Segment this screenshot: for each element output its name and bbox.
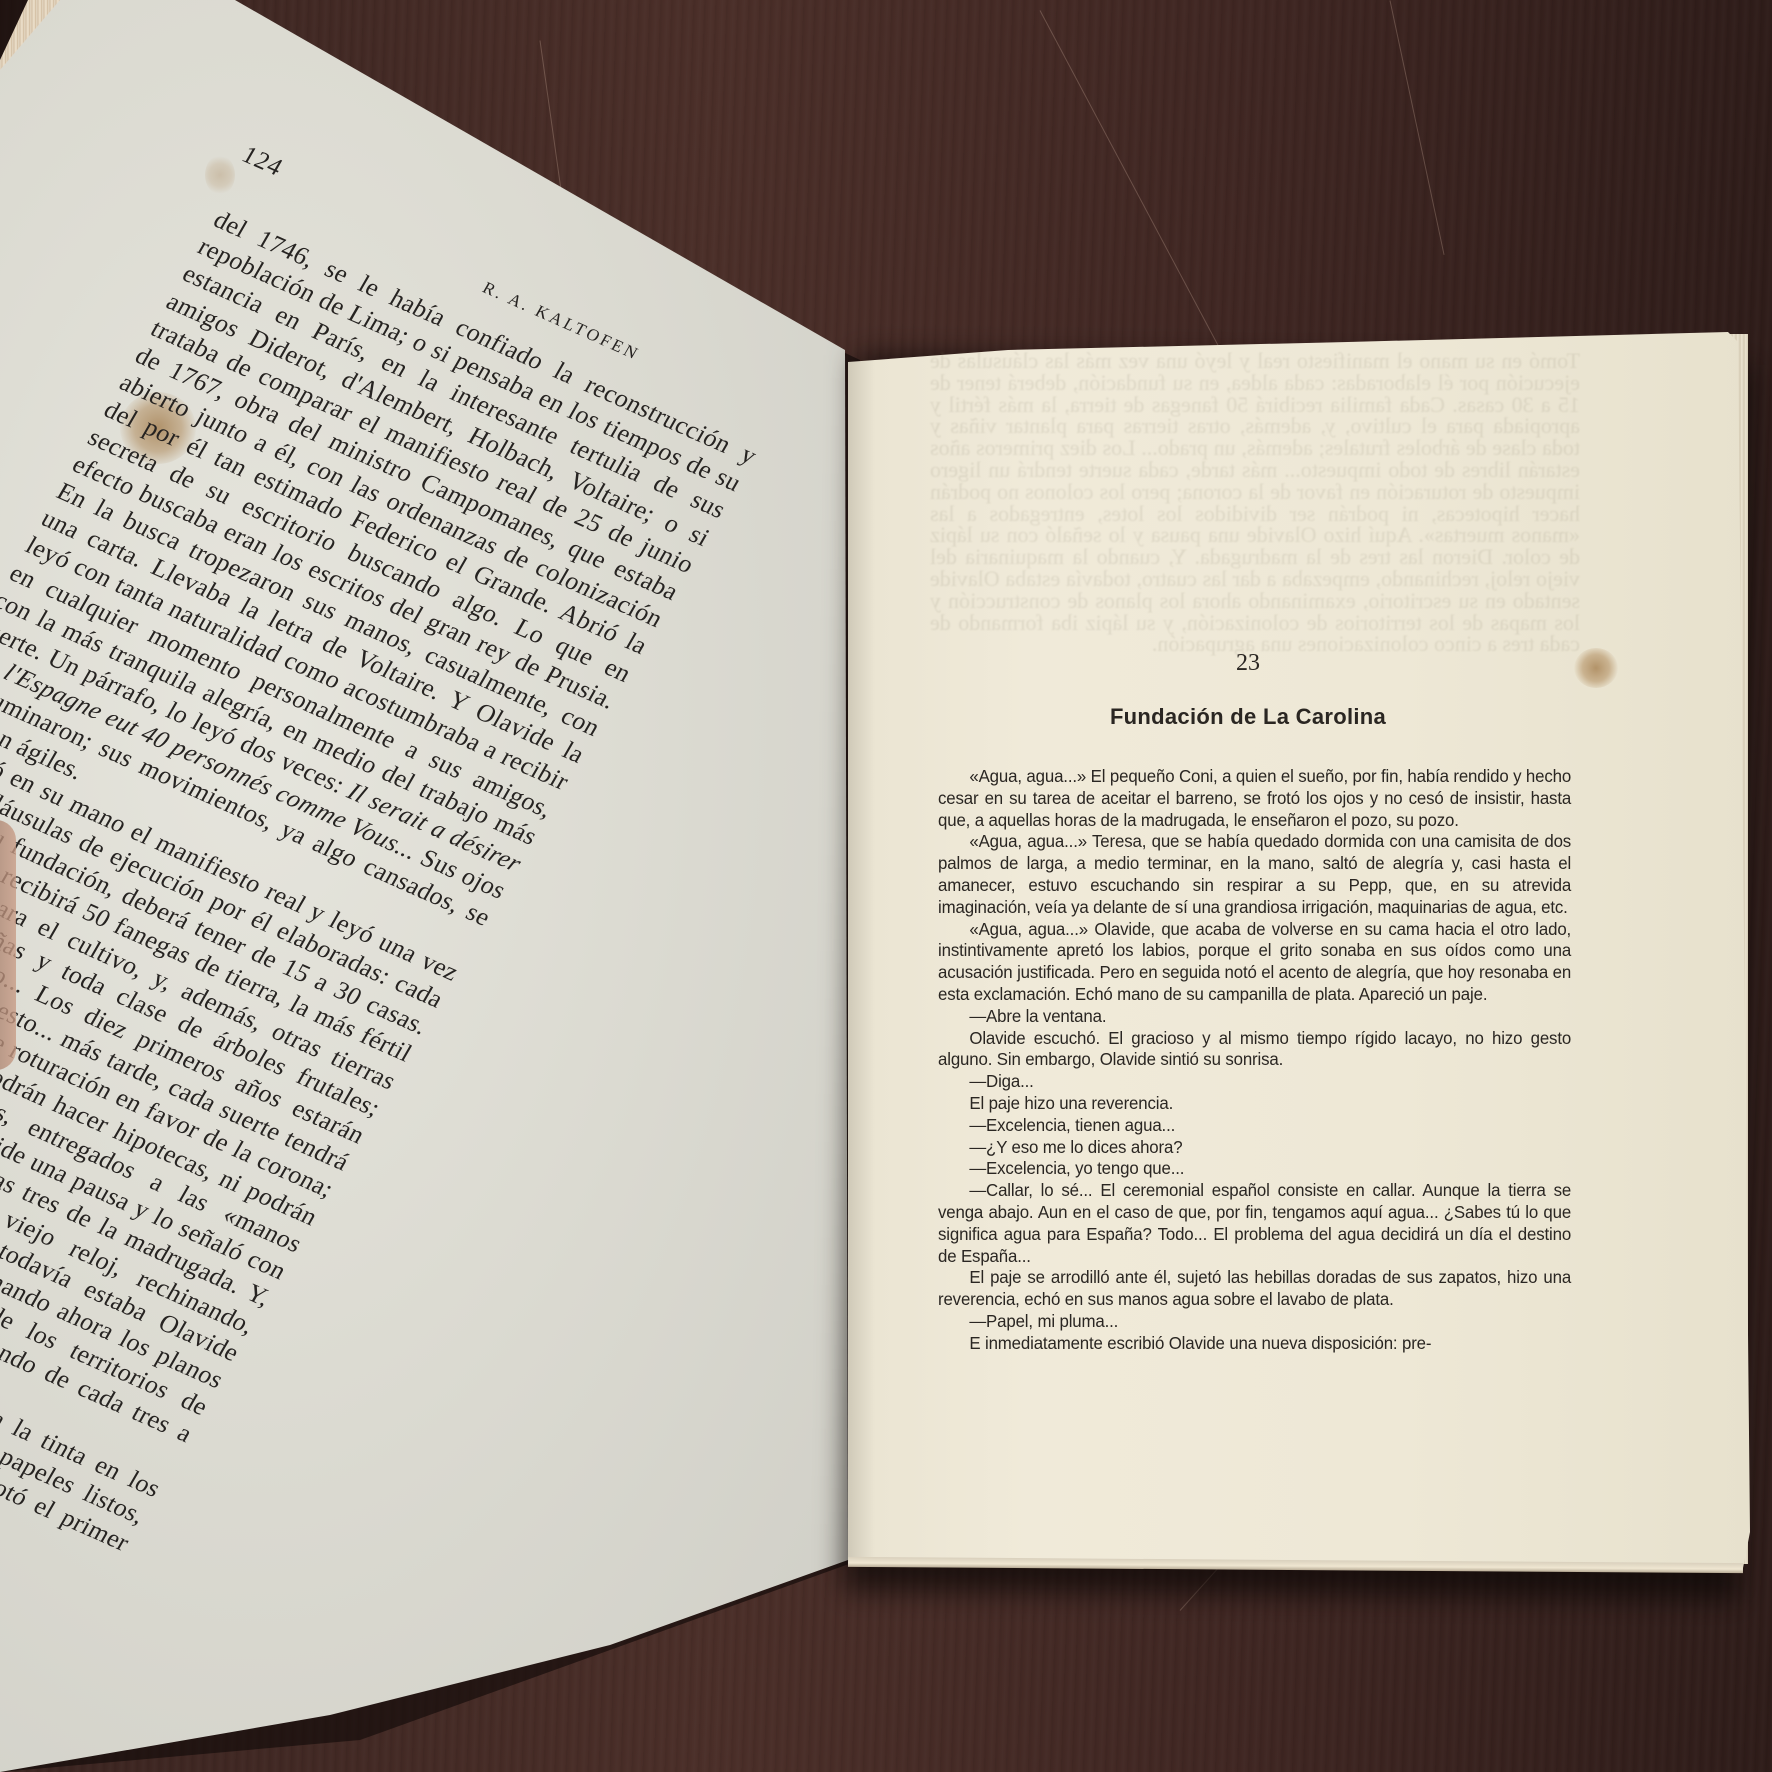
left-page-body: del 1746, se le había confiado la recons… <box>0 204 763 1585</box>
left-page: 124 R. A. KALTOFEN del 1746, se le había… <box>0 0 850 1772</box>
dialogue-line: —¿Y eso me lo dices ahora? <box>938 1137 1571 1159</box>
paragraph: E inmediatamente escribió Olavide una nu… <box>938 1333 1571 1355</box>
wood-scratch <box>1390 0 1445 255</box>
right-page-body: «Agua, agua...» El pequeño Coni, a quien… <box>938 766 1571 1355</box>
foxing-stain <box>205 155 235 195</box>
paragraph: «Agua, agua...» El pequeño Coni, a quien… <box>938 766 1571 831</box>
dialogue-line: —Excelencia, tienen agua... <box>938 1115 1571 1137</box>
dialogue-line: —Diga... <box>938 1071 1571 1093</box>
paragraph: El paje hizo una reverencia. <box>938 1093 1571 1115</box>
page-number: 124 <box>237 142 288 183</box>
paragraph: El paje se arrodilló ante él, sujetó las… <box>938 1267 1571 1311</box>
dialogue-line: —Abre la ventana. <box>938 1006 1571 1028</box>
dialogue-line: —Excelencia, yo tengo que... <box>938 1158 1571 1180</box>
dialogue-line: —Papel, mi pluma... <box>938 1311 1571 1333</box>
paragraph: Olavide escuchó. El gracioso y al mismo … <box>938 1028 1571 1072</box>
chapter-number: 23 <box>938 648 1584 678</box>
paragraph: «Agua, agua...» Olavide, que acaba de vo… <box>938 919 1571 1006</box>
dialogue-line: —Callar, lo sé... El ceremonial español … <box>938 1180 1571 1267</box>
chapter-title: Fundación de La Carolina <box>938 702 1584 732</box>
left-page-text: 124 R. A. KALTOFEN del 1746, se le había… <box>255 150 794 390</box>
paragraph: «Agua, agua...» Teresa, que se había que… <box>938 831 1571 918</box>
hand-finger <box>0 820 16 1070</box>
right-page-text: 23 Fundación de La Carolina «Agua, agua.… <box>938 648 1584 1355</box>
